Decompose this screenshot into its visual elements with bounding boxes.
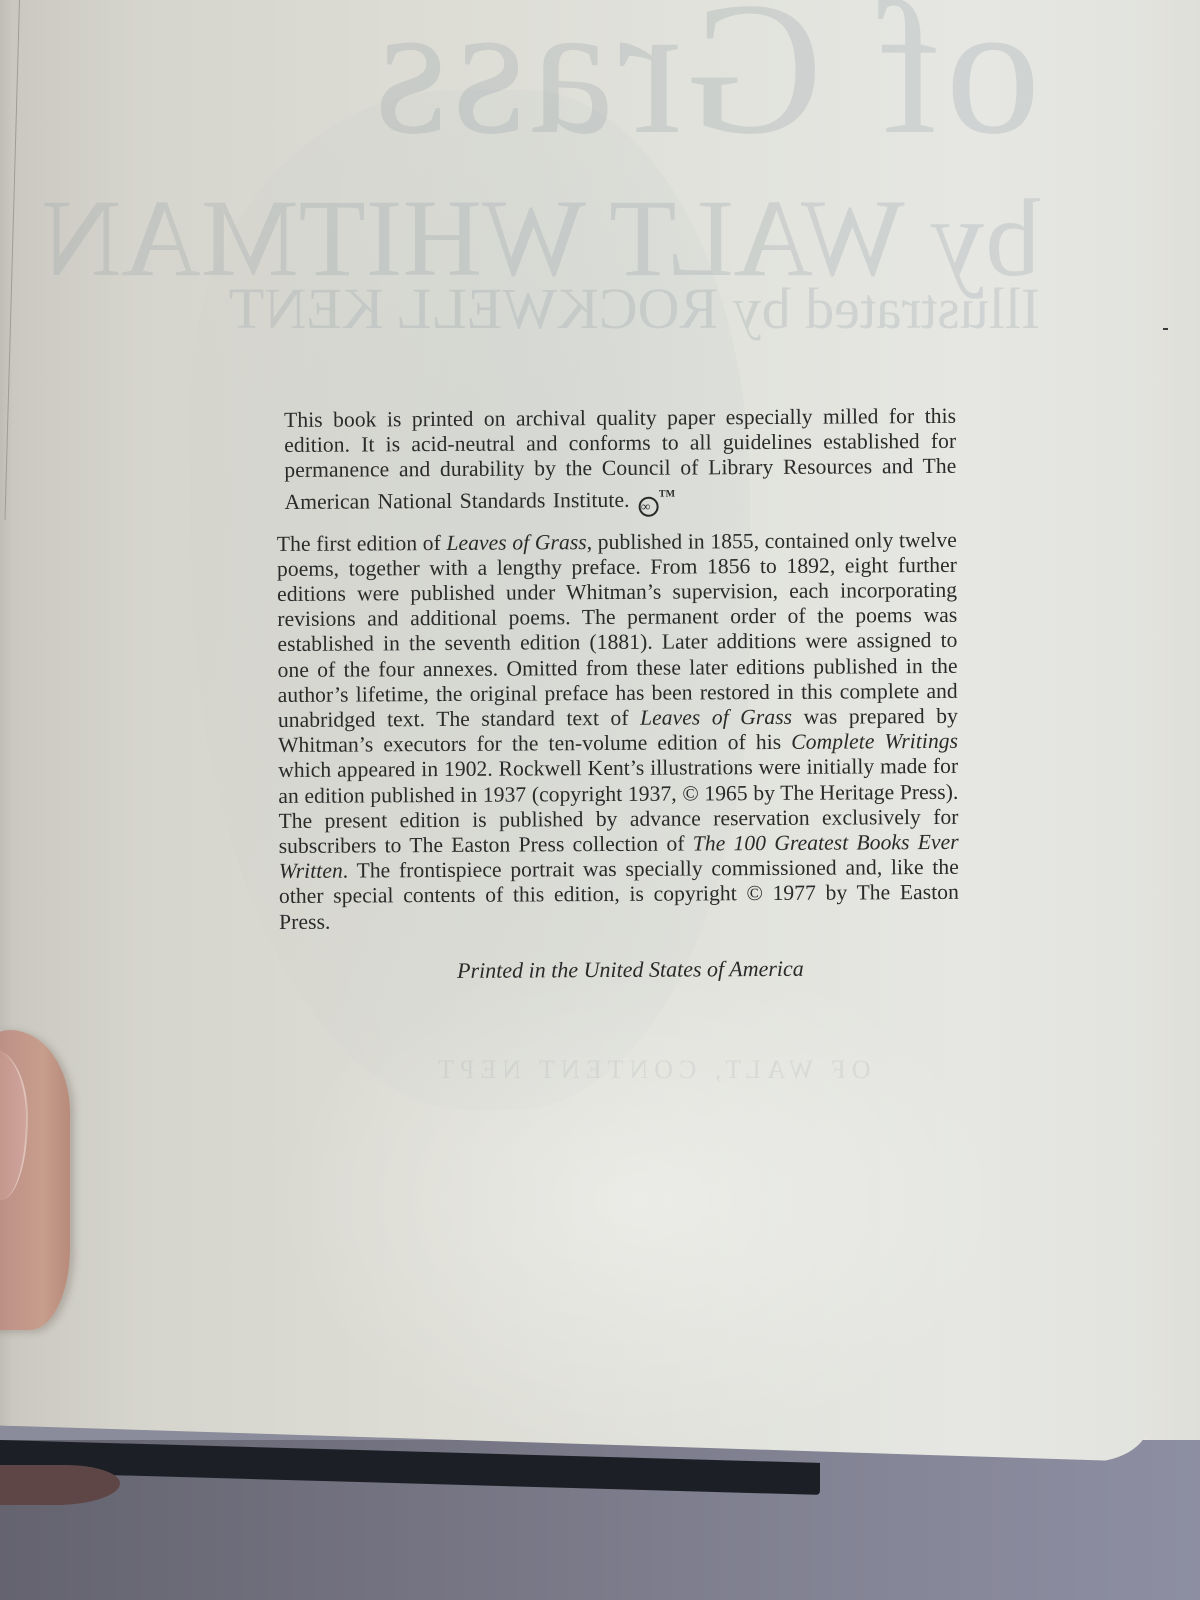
book-title-italic: Leaves of Grass: [640, 705, 792, 730]
printed-in-usa-line: Printed in the United States of America: [279, 955, 969, 985]
infinity-seal-icon: ∞: [639, 496, 659, 516]
complete-writings-italic: Complete Writings: [791, 729, 958, 754]
edition-text-segment: , published in 1855, contained only twel…: [277, 527, 958, 732]
edition-history-paragraph: The first edition of Leaves of Grass, pu…: [277, 527, 959, 934]
book-title-italic: Leaves of Grass: [446, 530, 586, 555]
archival-paper-notice: This book is printed on archival quality…: [284, 404, 957, 519]
edition-text-segment: . The frontispiece portrait was speciall…: [279, 855, 959, 934]
holding-thumb: [0, 1030, 70, 1330]
bleed-through-byline: by WALT WHITMAN: [42, 175, 1040, 302]
colophon-text-block: This book is printed on archival quality…: [276, 404, 970, 985]
trademark-mark: TM: [659, 488, 675, 499]
bleed-through-title: of Grass: [370, 0, 1040, 178]
archival-paper-text: This book is printed on archival quality…: [284, 404, 956, 514]
thumbnail: [0, 1050, 28, 1200]
dust-speck: [1163, 328, 1168, 330]
edition-text-segment: The first edition of: [277, 531, 447, 556]
book-page: of Grass by WALT WHITMAN Illustrated by …: [0, 0, 1150, 1462]
bleed-through-bottom-line: OF WALT, CONTENT NEPT: [432, 1055, 871, 1085]
bleed-through-illustrator: Illustrated by ROCKWELL KENT: [229, 275, 1040, 342]
